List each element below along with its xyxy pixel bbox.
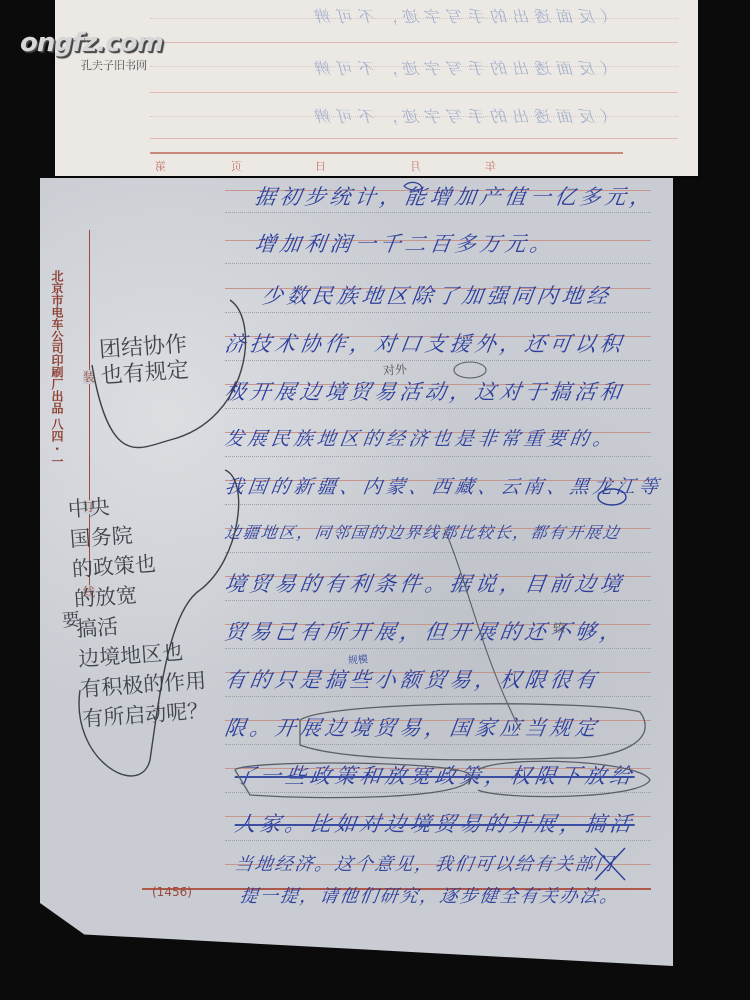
footer-stamp: 日 [315,158,326,174]
handwritten-line: 境贸易的有利条件。据说，目前边境 [223,568,627,598]
handwritten-line: 边疆地区，同邻国的边界线都比较长，都有开展边 [223,520,622,543]
footer-stamp: 第 [155,158,166,174]
footer-stamp: 年 [485,158,496,174]
inline-annotation: 对外 [382,356,408,384]
footer-stamp: 月 [410,158,421,174]
bleed-through-line: （反面透出的手写字迹，不可辨认） [310,56,618,80]
handwritten-line: 据初步统计，能增加产值一亿多元， [253,181,657,211]
margin-note-pencil: 团结协作 也有规定 [98,332,189,390]
inline-annotation: 规模 [347,647,369,674]
bleed-through-line: （反面透出的手写字迹，不可辨认） [310,4,618,28]
handwritten-line: 发展民族地区的经济也是非常重要的。 [223,424,618,451]
handwritten-line: 济技术协作，对口支援外，还可以积 [223,328,627,358]
handwritten-line: 当地经济。这个意见，我们可以给有关部门 [233,850,617,876]
back-sheet: （反面透出的手写字迹，不可辨认） （反面透出的手写字迹，不可辨认） （反面透出的… [55,0,698,176]
handwritten-line: 提一提，请他们研究，逐步健全有关办法。 [238,882,622,908]
watermark: ongfz.com 孔夫子旧书网 [20,28,180,72]
handwritten-line: 极开展边境贸易活动，这对于搞活和 [223,376,627,406]
form-number: (1456) [152,885,192,899]
watermark-subtitle: 孔夫子旧书网 [80,56,180,72]
margin-note-pencil: 中央 国务院 的政策也 的放宽 搞活 边境地区也 有积极的作用 有所启动呢？ [67,486,209,734]
handwritten-line: 有的只是搞些小额贸易，权限很有 [223,664,602,694]
inline-annotation: 较 [552,615,566,642]
watermark-logo: ongfz.com [20,28,180,58]
binding-mark-zhuang: 装 [83,370,95,384]
bleed-through-line: （反面透出的手写字迹，不可辨认） [310,104,618,128]
handwritten-line: 增加利润一千二百多万元。 [253,228,557,258]
handwritten-line-struck: 了一些政策和放宽政策，权限下放给 [233,760,637,790]
back-sheet-bottom-rule [150,152,623,154]
handwritten-line-struck: 人家。比如对边境贸易的开展，搞活 [233,808,637,838]
handwritten-line: 贸易已有所开展，但开展的还不够， [223,616,627,646]
margin-note-pencil: 要 [61,607,81,634]
handwritten-line: 限。开展边境贸易，国家应当规定 [223,712,602,742]
printer-imprint: 北京市电车公司印刷厂出品 八四 · 一 [50,270,64,467]
footer-stamp: 页 [231,158,242,174]
handwritten-line: 我国的新疆、内蒙、西藏、云南、黑龙江等 [223,472,664,499]
handwritten-line: 少数民族地区除了加强同内地经 [260,280,614,310]
